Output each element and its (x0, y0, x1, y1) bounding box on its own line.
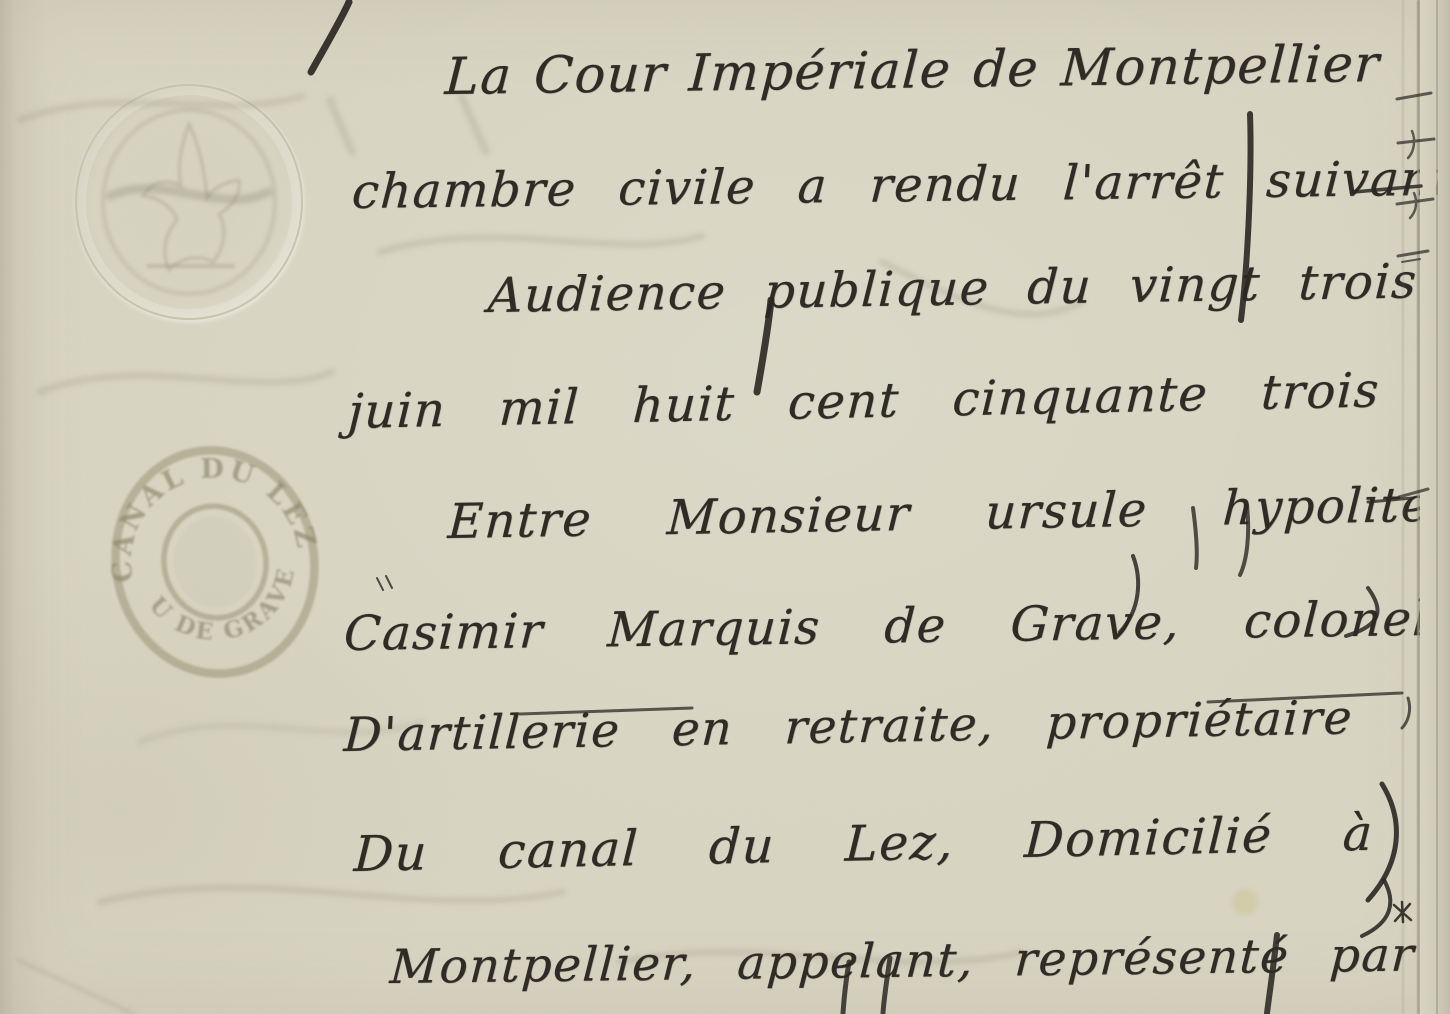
manuscript-line-6: Casimir Marquis de Grave, colonel (343, 595, 1431, 658)
manuscript-line-8: Du canal du Lez, Domicilié à (353, 809, 1375, 879)
canal-du-lez-stamp: CANAL DU LEZ OU DE GRAVE. (100, 438, 336, 690)
manuscript-line-1: La Cour Impériale de Montpellier (444, 39, 1382, 103)
page-edge-band (1420, 0, 1436, 1014)
manuscript-line-4: juin mil huit cent cinquante trois (347, 366, 1381, 436)
manuscript-line-9: Montpellier, appelant, représenté par (389, 931, 1417, 991)
manuscript-line-7: D'artillerie en retraite, propriétaire (343, 694, 1354, 759)
manuscript-line-3: Audience publique du vingt trois (487, 257, 1419, 320)
insertion-ticks (377, 576, 392, 590)
manuscript-line-2: chambre civile a rendu l'arrêt suivant (351, 155, 1450, 216)
pen-slash-stroke (311, 2, 349, 72)
embossed-seal-icon (75, 84, 303, 320)
page-edge-band-2 (1438, 0, 1450, 1014)
embossed-seal-figure (77, 86, 301, 318)
page-crease-line (1402, 0, 1404, 1014)
manuscript-line-5: Entre Monsieur ursule hypolite (447, 481, 1432, 546)
manuscript-page: CANAL DU LEZ OU DE GRAVE. La Cour Impéri… (0, 0, 1450, 1014)
